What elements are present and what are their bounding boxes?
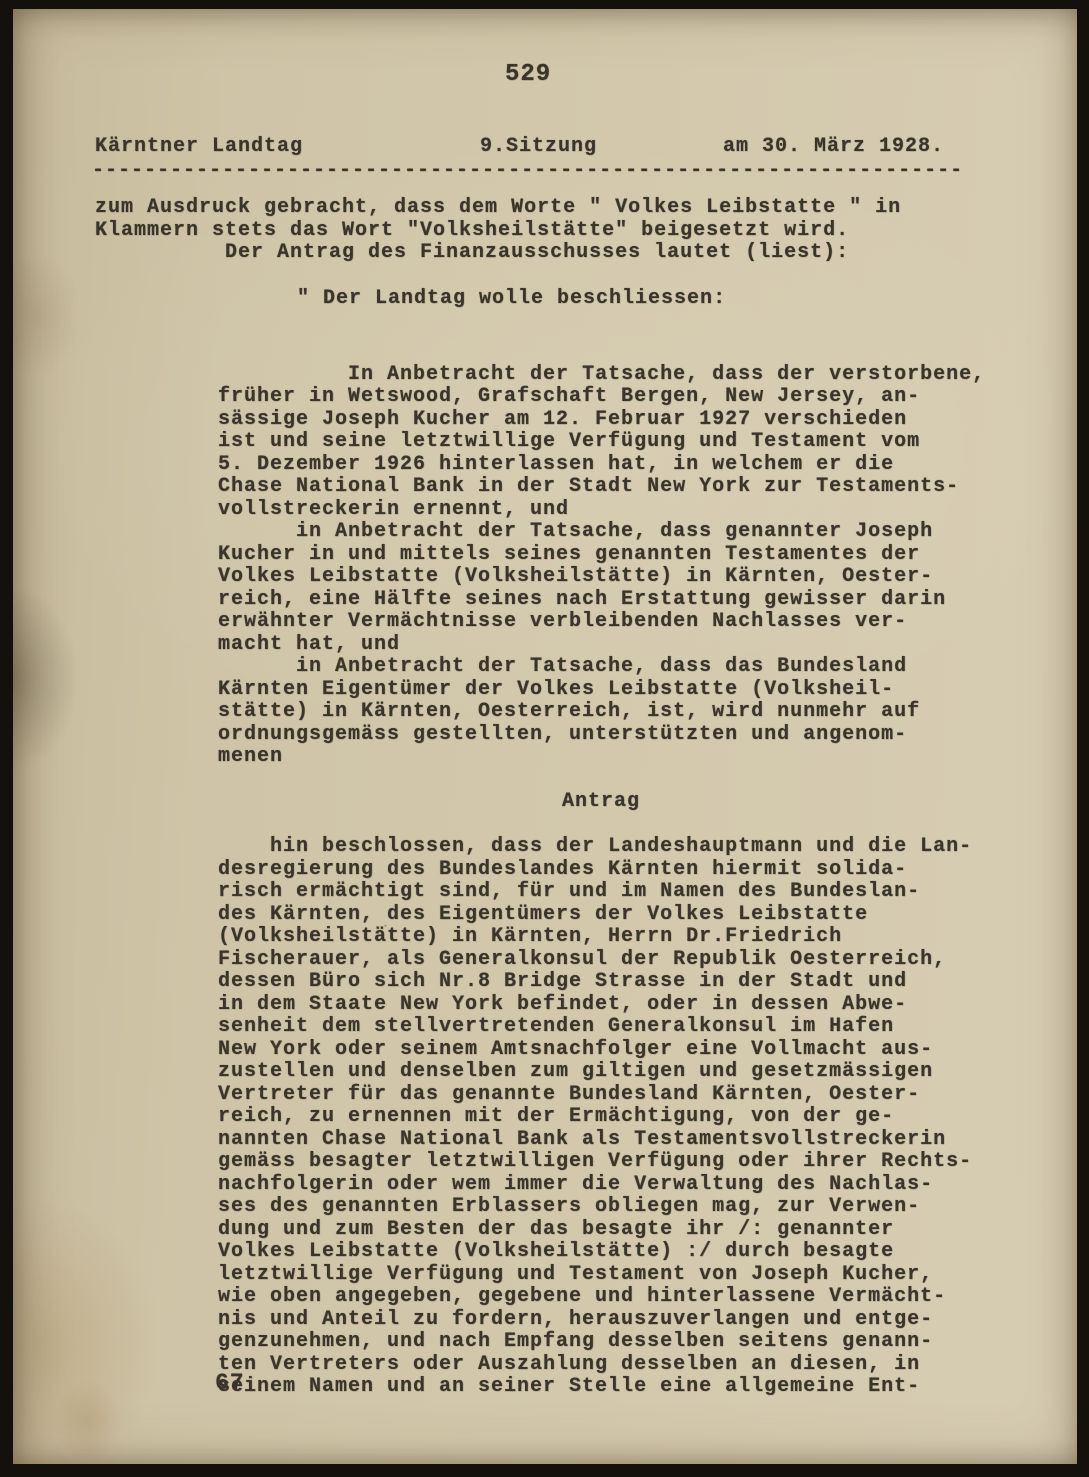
motion-resolution: hin beschlossen, dass der Landeshauptman… — [218, 835, 972, 1398]
motion-opening-line: " Der Landtag wolle beschliessen: — [297, 288, 726, 311]
scanned-page-background: { "colors": { "scan_background": "#14110… — [0, 0, 1089, 1477]
header-parliament-title: Kärntner Landtag — [95, 136, 303, 159]
antrag-heading: Antrag — [218, 791, 984, 814]
header-divider-rule: ----------------------------------------… — [92, 160, 963, 183]
header-session-date: am 30. März 1928. — [723, 136, 944, 159]
page-number: 529 — [505, 62, 551, 88]
motion-text-block: In Anbetracht der Tatsache, dass der ver… — [218, 341, 984, 1421]
motion-preamble: In Anbetracht der Tatsache, dass der ver… — [218, 363, 985, 769]
header-session-number: 9.Sitzung — [480, 136, 597, 159]
intro-paragraph: zum Ausdruck gebracht, dass dem Worte " … — [95, 197, 901, 265]
sheet-number: 67 — [215, 1370, 245, 1396]
document-page: 529 Kärntner Landtag 9.Sitzung am 30. Mä… — [13, 9, 1077, 1464]
